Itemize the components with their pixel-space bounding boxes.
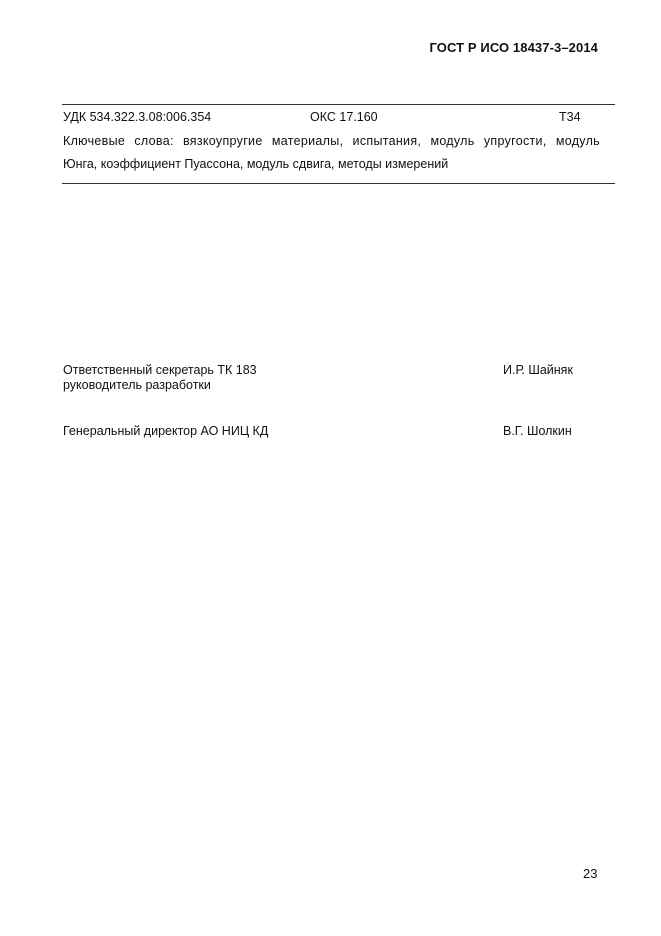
udk-code: УДК 534.322.3.08:006.354 — [63, 110, 211, 124]
bottom-divider — [62, 183, 615, 184]
top-divider — [62, 104, 615, 105]
keywords-line-2: Юнга, коэффициент Пуассона, модуль сдвиг… — [63, 153, 600, 176]
classification-code: Т34 — [559, 110, 581, 124]
signature-name-secretary: И.Р. Шайняк — [503, 363, 573, 378]
signature-role-lead: руководитель разработки — [63, 378, 211, 393]
keywords-line-1: Ключевые слова: вязкоупругие материалы, … — [63, 130, 600, 153]
page-number: 23 — [583, 866, 597, 881]
document-standard-id: ГОСТ Р ИСО 18437-3–2014 — [429, 40, 598, 55]
oks-code: ОКС 17.160 — [310, 110, 378, 124]
signature-name-director: В.Г. Шолкин — [503, 424, 572, 439]
signature-role-secretary: Ответственный секретарь ТК 183 — [63, 363, 257, 378]
signature-role-director: Генеральный директор АО НИЦ КД — [63, 424, 268, 439]
